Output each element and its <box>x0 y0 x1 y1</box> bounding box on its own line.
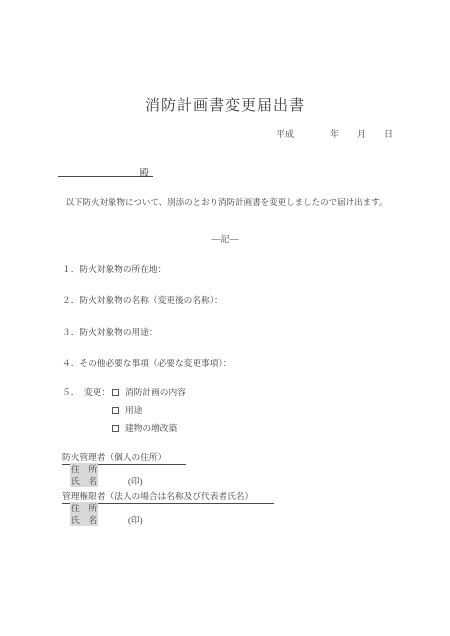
item-4-other: ４．その他必要な事項（必要な変更事項）： <box>62 357 231 369</box>
fire-manager-name-field[interactable]: 氏 名 <box>70 475 98 487</box>
item-5-label: 変更： <box>84 386 112 398</box>
item-5-option-building: 建物の増改築 <box>112 422 177 434</box>
item-2-label: 防火対象物の名称（変更後の名称）： <box>79 295 222 305</box>
item-3-number: ３． <box>62 327 79 337</box>
body-statement: 以下防火対象物について、別添のとおり消防計画書を変更しましたので届け出ます。 <box>57 196 387 208</box>
item-2-number: ２． <box>62 295 79 305</box>
item-5-change: ５． 変更： 消防計画の内容 <box>62 386 186 398</box>
checkbox-fire-plan-content[interactable] <box>112 389 119 396</box>
authority-holder-address-field[interactable]: 住 所 <box>70 502 98 514</box>
authority-holder-seal-mark: (印) <box>128 514 142 526</box>
item-5-option-usage: 用途 <box>112 404 142 416</box>
item-1-location: １．防火対象物の所在地： <box>62 263 166 275</box>
item-2-name: ２．防火対象物の名称（変更後の名称）： <box>62 294 223 306</box>
fire-manager-address-field[interactable]: 住 所 <box>70 463 98 475</box>
checkbox-building-remodel[interactable] <box>112 425 119 432</box>
checkbox-usage[interactable] <box>112 407 119 414</box>
item-1-label: 防火対象物の所在地： <box>79 264 166 274</box>
option-fire-plan-content-label: 消防計画の内容 <box>125 386 186 398</box>
item-1-number: １． <box>62 264 79 274</box>
fire-manager-seal-mark: (印) <box>128 475 142 487</box>
document-title: 消防計画書変更届出書 <box>0 94 450 115</box>
addressee-honorific: 殿 <box>139 165 153 179</box>
item-5-number: ５． <box>62 386 84 398</box>
addressee-blank-field[interactable]: 殿 <box>58 163 153 177</box>
item-3-usage: ３．防火対象物の用途： <box>62 326 158 338</box>
option-usage-label: 用途 <box>125 404 142 416</box>
date-line: 平成 年 月 日 <box>276 127 393 140</box>
item-4-number: ４． <box>62 358 79 368</box>
option-building-remodel-label: 建物の増改築 <box>125 422 177 434</box>
item-3-label: 防火対象物の用途： <box>79 327 157 337</box>
section-marker-ki: ―記― <box>0 232 450 245</box>
authority-holder-name-field[interactable]: 氏 名 <box>70 514 98 526</box>
form-page: 消防計画書変更届出書 平成 年 月 日 殿 以下防火対象物について、別添のとおり… <box>0 0 450 636</box>
item-4-label: その他必要な事項（必要な変更事項）： <box>79 358 231 368</box>
